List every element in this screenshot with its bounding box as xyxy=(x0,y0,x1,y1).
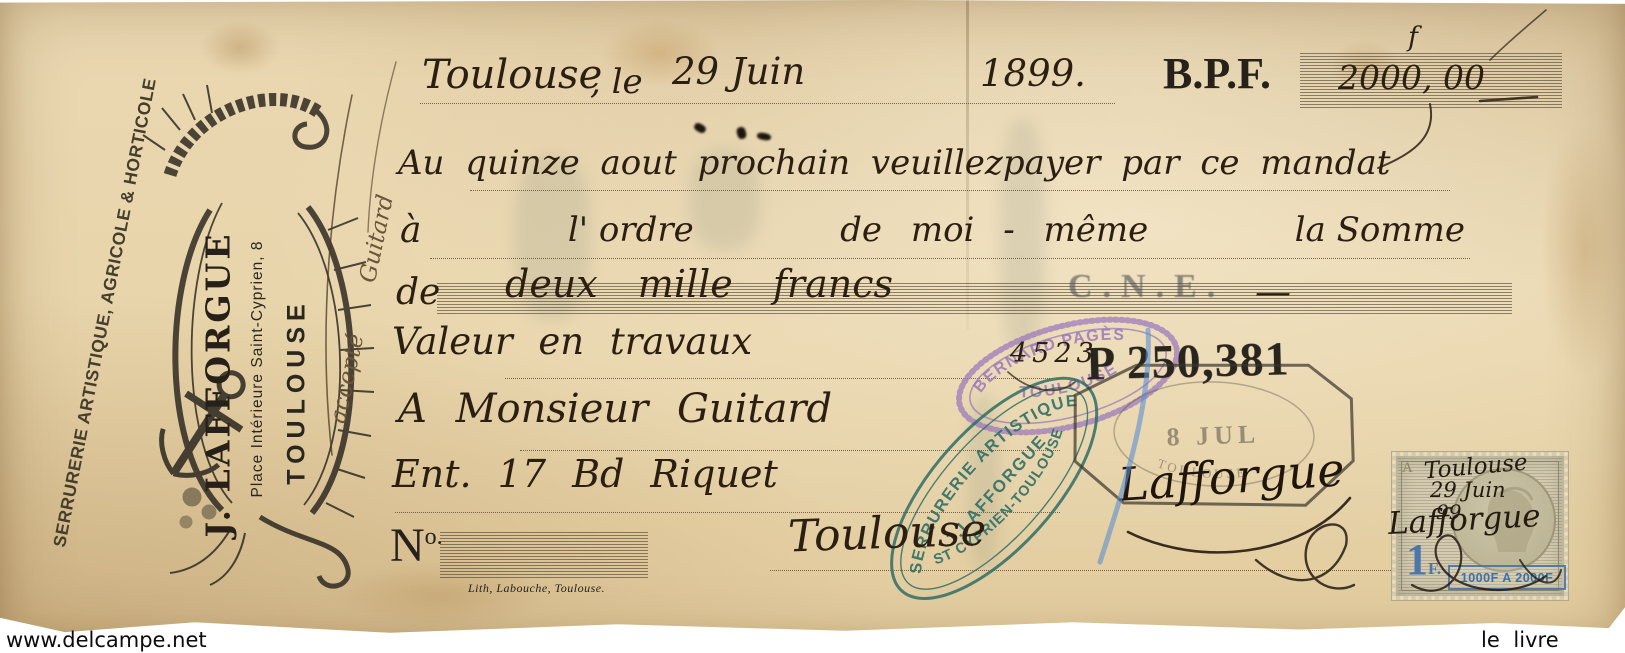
printer-credit: Lith, Labouche, Toulouse. xyxy=(468,581,605,596)
numero-n: N xyxy=(390,519,425,572)
order-clause-right: payer par ce mandat xyxy=(1003,143,1391,183)
body-rule-1 xyxy=(470,190,1450,191)
sum-dash: — xyxy=(1255,272,1291,313)
order-la-somme: la Somme xyxy=(1295,210,1465,251)
date-rule xyxy=(420,103,1115,104)
bpf-label: B.P.F. xyxy=(1163,48,1271,99)
amount-value: 2000, 00 xyxy=(1338,58,1485,97)
address-line: Ent. 17 Bd Riquet xyxy=(392,452,778,496)
revenue-denomination-unit: F. xyxy=(1428,559,1441,578)
letterhead-owner-name: J. LAFFORGUE xyxy=(199,210,238,560)
letterhead-city: TOULOUSE xyxy=(283,242,312,542)
watermark-delcampe: www.delcampe.net xyxy=(6,628,207,652)
revenue-corner-letter: A xyxy=(1402,460,1413,477)
revenue-handwritten-date: 29 Juin xyxy=(1430,478,1506,502)
numero-label: No. xyxy=(390,518,443,573)
value-number: 4523 xyxy=(1010,338,1099,369)
revenue-denomination-number: 1 xyxy=(1406,535,1428,584)
letterhead-address: Place Intérieure Saint-Cyprien, 8 xyxy=(249,204,267,534)
watermark-le-livre: le livre xyxy=(1481,628,1559,652)
numero-hatch-box xyxy=(440,532,648,578)
paper-stain xyxy=(1540,120,1625,380)
revenue-denomination: 1F. xyxy=(1406,538,1441,582)
octagon-date-text: 8 JUL xyxy=(1166,419,1261,451)
ink-smudge xyxy=(693,122,707,135)
revenue-stamp: A 1F. 1000F A 2000F Toulouse 29 Juin 99 … xyxy=(1392,452,1568,600)
date-year: 1899. xyxy=(980,52,1086,95)
order-de-moi-meme: de moi - même xyxy=(840,210,1148,251)
date-particle: , le xyxy=(590,62,643,102)
scanned-document: SERRURERIE ARTISTIQUE, AGRICOLE & HORTIC… xyxy=(0,0,1625,653)
order-a: à xyxy=(400,210,421,251)
order-clause-left: Au quinze aout prochain veuillez xyxy=(398,143,1003,183)
paper-sheet: SERRURERIE ARTISTIQUE, AGRICOLE & HORTIC… xyxy=(0,0,1625,653)
value-clause: Valeur en travaux xyxy=(392,320,752,363)
date-day-month: 29 Juin xyxy=(672,50,805,93)
ink-smudge xyxy=(756,132,771,141)
addressee-line: A Monsieur Guitard xyxy=(398,386,832,432)
order-lordre: l' ordre xyxy=(568,210,694,251)
body-rule-2 xyxy=(430,258,1470,259)
ink-smudge xyxy=(736,126,748,140)
bottom-city: Toulouse xyxy=(787,505,987,563)
revenue-range-box: 1000F A 2000F xyxy=(1448,565,1566,590)
sum-prefix: de xyxy=(396,272,440,313)
amount-sup: f xyxy=(1408,22,1418,53)
date-city: Toulouse xyxy=(422,52,602,98)
sum-amount-words: deux mille francs xyxy=(505,262,893,306)
